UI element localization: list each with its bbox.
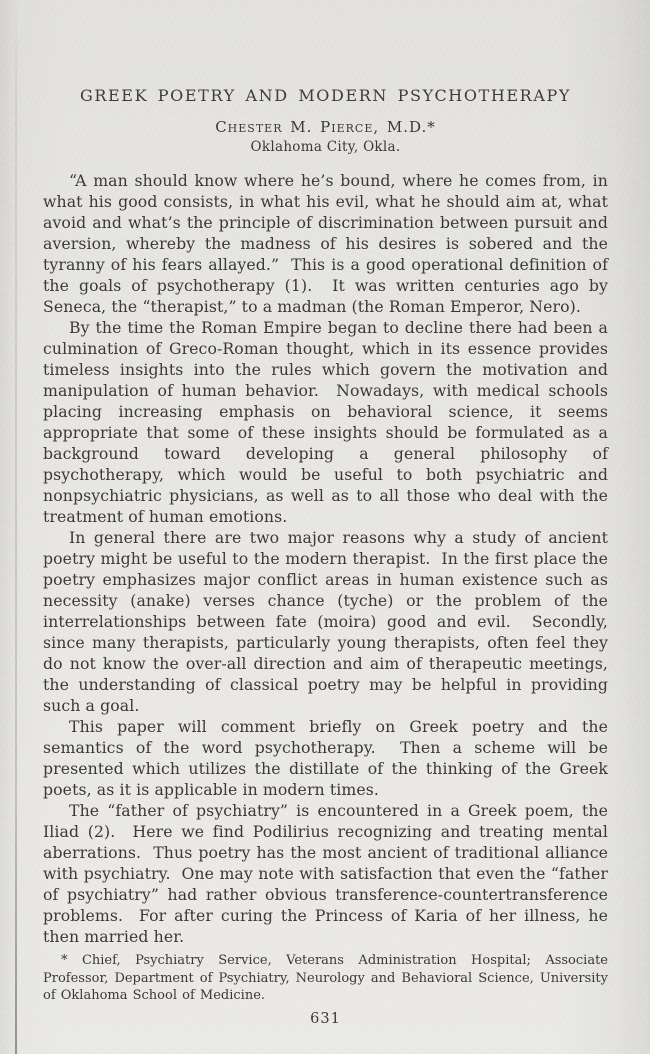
article-title: GREEK POETRY AND MODERN PSYCHOTHERAPY [43,86,608,105]
body-paragraph: This paper will comment briefly on Greek… [43,716,608,800]
body-paragraph: The “father of psychiatry” is encountere… [43,800,608,947]
body-paragraph: In general there are two major reasons w… [43,527,608,716]
author-name: Chester M. Pierce, M.D.* [43,118,608,136]
footnote: * Chief, Psychiatry Service, Veterans Ad… [43,952,608,1005]
scanned-page: GREEK POETRY AND MODERN PSYCHOTHERAPY Ch… [0,0,650,1054]
page-gutter-shadow [15,0,17,1054]
author-location: Oklahoma City, Okla. [43,139,608,155]
body-paragraph: By the time the Roman Empire began to de… [43,317,608,527]
body-paragraph: “A man should know where he’s bound, whe… [43,170,608,317]
article-body: “A man should know where he’s bound, whe… [43,170,608,947]
page-number: 631 [43,1011,608,1027]
